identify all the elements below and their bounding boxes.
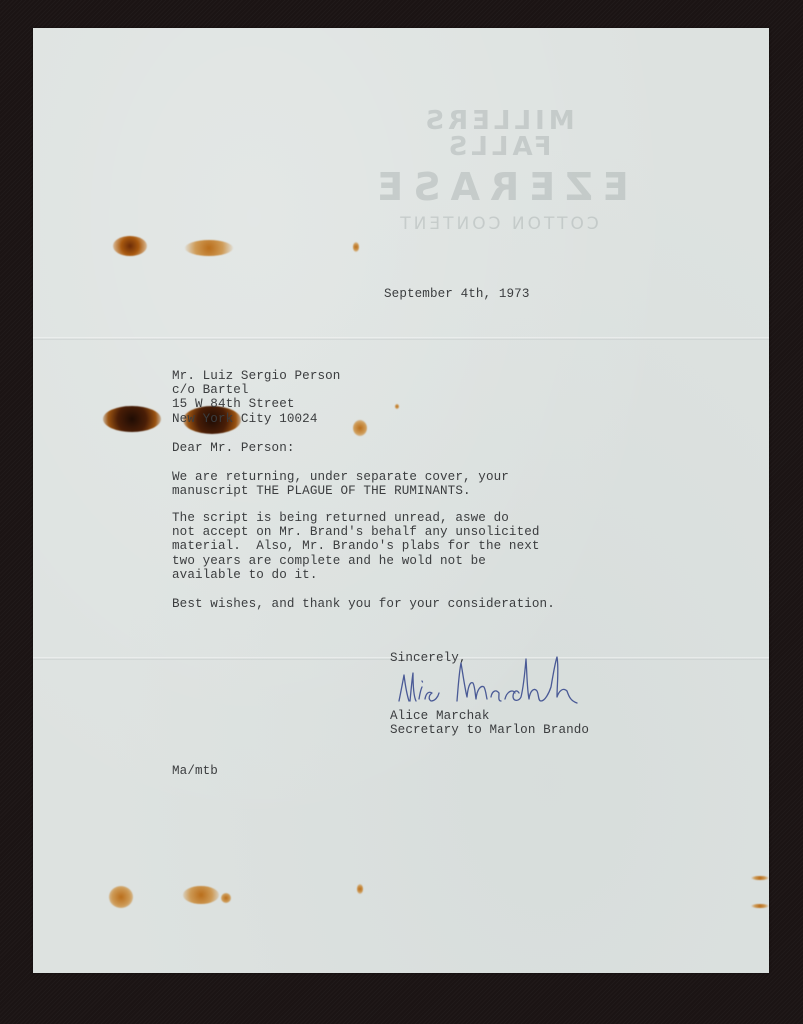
paper-watermark: MILLERS FALLS EZERASE COTTON CONTENT: [363, 108, 633, 233]
signer-block: Alice Marchak Secretary to Marlon Brando: [390, 709, 589, 737]
handwritten-signature: [395, 653, 585, 713]
fold-crease-upper: [33, 337, 769, 340]
body-paragraph: The script is being returned unread, asw…: [172, 511, 540, 582]
rust-stain: [109, 886, 133, 908]
rust-stain: [353, 420, 367, 436]
body-paragraph: We are returning, under separate cover, …: [172, 470, 509, 498]
rust-stain: [221, 893, 231, 903]
rust-stain: [751, 904, 769, 908]
reference-initials: Ma/mtb: [172, 764, 218, 778]
salutation: Dear Mr. Person:: [172, 441, 295, 455]
recipient-street: 15 W 84th Street: [172, 397, 295, 411]
watermark-product: EZERASE: [363, 168, 633, 206]
recipient-city: New York City 10024: [172, 412, 318, 426]
letter-paper: MILLERS FALLS EZERASE COTTON CONTENT Sep…: [33, 28, 769, 973]
recipient-address: Mr. Luiz Sergio Person c/o Bartel 15 W 8…: [172, 369, 340, 426]
rust-stain: [357, 884, 363, 894]
rust-stain: [113, 236, 147, 256]
rust-stain: [103, 406, 161, 432]
rust-stain: [353, 242, 359, 252]
recipient-care-of: c/o Bartel: [172, 383, 249, 397]
recipient-name: Mr. Luiz Sergio Person: [172, 369, 340, 383]
signer-name: Alice Marchak: [390, 709, 490, 723]
rust-stain: [185, 240, 233, 256]
rust-stain: [395, 404, 399, 409]
body-paragraph: Best wishes, and thank you for your cons…: [172, 597, 555, 611]
rust-stain: [183, 886, 219, 904]
signer-title: Secretary to Marlon Brando: [390, 723, 589, 737]
watermark-material: COTTON CONTENT: [363, 216, 633, 233]
rust-stain: [751, 876, 769, 880]
watermark-brand: MILLERS FALLS: [363, 108, 633, 160]
letter-date: September 4th, 1973: [384, 287, 530, 301]
